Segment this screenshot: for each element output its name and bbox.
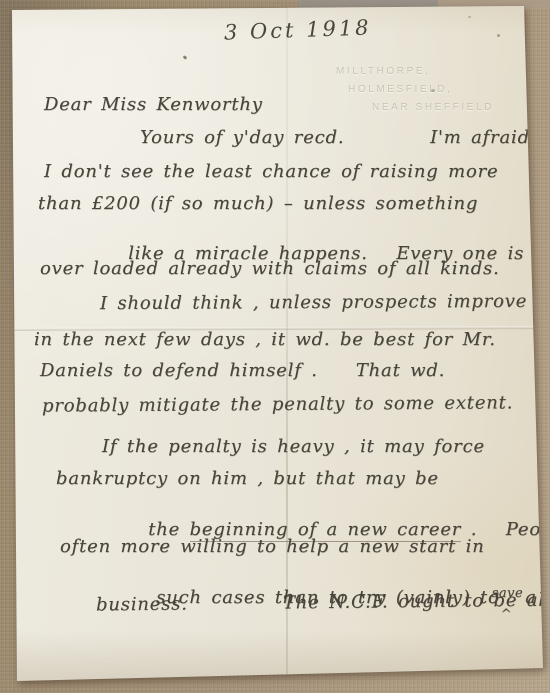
letter-line: business. The N.C.F. ought to be able: [96, 592, 550, 615]
letter-page: MILLTHORPE, HOLMESFIELD, NEAR SHEFFIELD …: [0, 0, 550, 693]
letter-date: 3 Oct 1918: [224, 15, 372, 44]
letter-line: in the next few days , it wd. be best fo…: [34, 331, 496, 349]
letter-line: Daniels to defend himself . That wd.: [40, 362, 445, 380]
struck-word: be: [534, 243, 550, 264]
ink-speck: [183, 55, 188, 60]
letter-line: bankruptcy on him , but that may be: [56, 470, 439, 488]
letter-line: If the penalty is heavy , it may force: [102, 438, 485, 456]
letterhead-line: MILLTHORPE,: [336, 66, 431, 77]
paper-shadow: MILLTHORPE, HOLMESFIELD, NEAR SHEFFIELD …: [0, 0, 550, 693]
ink-speck: [497, 34, 500, 37]
letterhead-line: HOLMESFIELD,: [348, 84, 453, 95]
letter-line: probably mitigate the penalty to some ex…: [42, 394, 513, 415]
letter-line: I should think , unless prospects improv…: [100, 293, 527, 313]
letter-line: Yours of y'day recd. I'm afraid: [140, 129, 530, 147]
ink-speck: [468, 16, 471, 18]
letterhead-line: NEAR SHEFFIELD: [372, 102, 494, 113]
letter-line: I don't see the least chance of raising …: [44, 163, 498, 181]
letter-line: over loaded already with claims of all k…: [40, 260, 500, 278]
pencil-smudge: [534, 5, 542, 16]
salutation-line: Dear Miss Kenworthy: [44, 96, 263, 114]
letter-photo: MILLTHORPE, HOLMESFIELD, NEAR SHEFFIELD …: [0, 0, 550, 693]
letter-line: than £200 (if so much) – unless somethin…: [38, 195, 478, 213]
letter-line: often more willing to help a new start i…: [60, 538, 485, 556]
